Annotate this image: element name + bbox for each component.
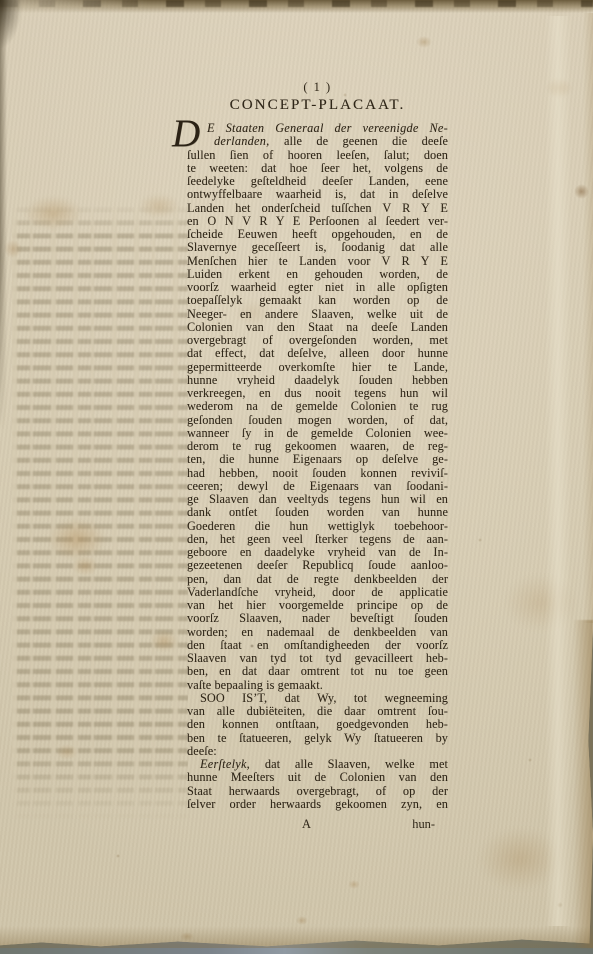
stain <box>72 556 98 576</box>
stain <box>138 194 180 218</box>
text-line: voorſz Slaaven, nader beveſtigt ſouden <box>187 612 448 625</box>
left-edge-shadow <box>0 0 7 430</box>
page-number: ( 1 ) <box>187 80 448 95</box>
text-line: overgebragt of overgeſonden worden, met <box>187 334 448 347</box>
text-line: wanneer ſy in de gemelde Colonien wee- <box>187 427 448 440</box>
document-title: CONCEPT-PLACAAT. <box>187 96 448 115</box>
text-line: te weeten: dat hoe ſeer het, volgens de <box>187 162 448 175</box>
right-deckle-edge <box>573 620 593 948</box>
text-line: deeſe: <box>187 745 448 758</box>
text-line: Neeger- en andere Slaaven, welke uit de <box>187 308 448 321</box>
text-line: Landen het onderſcheid tuſſchen V R Y E <box>187 202 448 215</box>
body-text: D E Staaten Generaal der vereenigde Ne-d… <box>187 122 448 811</box>
top-deckle-edge <box>0 0 593 13</box>
text-line: Vaderlandſche vryheid, door de applicati… <box>187 586 448 599</box>
stain <box>48 518 106 560</box>
text-line: dat effect, dat deſelve, alleen door hun… <box>187 347 448 360</box>
text-line: van alle dubiëteiten, die daar omtrent ſ… <box>187 705 448 718</box>
text-line: Menſchen hier te Landen voor V R Y E <box>187 255 448 268</box>
text-line: toepaſſelyk gemaakt kan worden op de <box>187 294 448 307</box>
drop-cap-initial: D <box>172 119 200 149</box>
text-line: Slavernye geceſſeert is, ſoodanig dat al… <box>187 241 448 254</box>
text-line: gezeetenen deeſer Republicq ſoude aanloo… <box>187 559 448 572</box>
text-line: E Staaten Generaal der vereenigde Ne- <box>187 122 448 135</box>
text-line: ge Slaaven dan veeltyds tegens hun wil e… <box>187 493 448 506</box>
bottom-edge-shade <box>0 926 593 948</box>
text-line: verkreegen, en dus nooit tegens hun wil <box>187 387 448 400</box>
stain <box>24 196 82 230</box>
text-line: voorſz waarheid egter niet in alle opſig… <box>187 281 448 294</box>
text-line: den, het geen veel ſterker tegens de aan… <box>187 533 448 546</box>
text-line: ſelver order herwaards gekoomen zyn, en <box>187 798 448 811</box>
text-line: derom te rug gekoomen waaren, de reg- <box>187 440 448 453</box>
text-line: gepermitteerde overkomſte hier te Lande, <box>187 361 448 374</box>
text-line: worden; en nademaal de denkbeelden van <box>187 626 448 639</box>
text-line: Colonien van den Staat na deeſe Landen <box>187 321 448 334</box>
right-edge-shade <box>583 13 593 623</box>
text-line: ceeren; dewyl de Eigenaars van ſoodani- <box>187 480 448 493</box>
text-line: wederom na de gemelde Colonien te rug <box>187 400 448 413</box>
text-line: pen, dan dat de regte denkbeelden der <box>187 573 448 586</box>
printed-text-block: ( 1 ) CONCEPT-PLACAAT. D E Staaten Gener… <box>187 80 448 831</box>
text-line: geboore en daadelyke vryheid van de In- <box>187 546 448 559</box>
text-line: Goederen die hun wettiglyk toebehoor- <box>187 520 448 533</box>
scanned-document: ( 1 ) CONCEPT-PLACAAT. D E Staaten Gener… <box>0 0 593 954</box>
text-line: ſullen ſien of hooren leeſen, ſalut; doe… <box>187 149 448 162</box>
text-line: van het hier voorgemelde principe op de <box>187 599 448 612</box>
text-line: geſonden ſouden mogen worden, of dat, <box>187 414 448 427</box>
text-line: Eerſtelyk, dat alle Slaaven, welke met <box>187 758 448 771</box>
text-line: Slaaven van tyd tot tyd gevacilleert heb… <box>187 652 448 665</box>
text-line: Luiden erkent en gehouden worden, de <box>187 268 448 281</box>
text-line: ſcheide Eeuwen heeft opgehouden, en de <box>187 228 448 241</box>
text-line: hunne Meeſters uit de Colonien van den <box>187 771 448 784</box>
stain <box>56 744 78 760</box>
stain <box>296 916 308 925</box>
text-line: en O N V R Y E Perſoonen al ſeedert ver- <box>187 215 448 228</box>
text-line: den ſtaat en omſtandigheeden der voorſz <box>187 639 448 652</box>
text-line: had hebben, nooit ſouden konnen reviviſ- <box>187 467 448 480</box>
text-line: vaſte bepaaling is gemaakt. <box>187 679 448 692</box>
text-line: ſeedelyke geſteldheid deeſer Landen, een… <box>187 175 448 188</box>
text-line: ben, en dat daar omtrent tot nu toe geen <box>187 665 448 678</box>
text-line: SOO IS’T, dat Wy, tot wegneeming <box>187 692 448 705</box>
stain <box>348 880 360 889</box>
signature-line: A hun- <box>187 817 448 831</box>
text-line: ontwyffelbaare waarheid is, dat in deſel… <box>187 188 448 201</box>
stain <box>150 630 178 652</box>
text-line: ten, die hunne Eigenaars op deſelve ge- <box>187 453 448 466</box>
text-line: dank ontſet ſouden worden van hunne <box>187 506 448 519</box>
signature-mark: A <box>302 817 311 832</box>
text-line: den konnen ontſtaan, goedgevonden heb- <box>187 718 448 731</box>
text-line: Staat herwaards overgebragt, of op der <box>187 785 448 798</box>
text-line: ben te ſtatueeren, gelyk Wy ſtatueeren b… <box>187 732 448 745</box>
stain <box>416 36 432 48</box>
paper-sheen <box>545 16 571 926</box>
catchword: hun- <box>412 817 435 832</box>
text-line: hunne vryheid daadelyk ſouden hebben <box>187 374 448 387</box>
text-line: derlanden, alle de geenen die deeſe <box>187 135 448 148</box>
verso-showthrough-ghost <box>12 203 188 821</box>
